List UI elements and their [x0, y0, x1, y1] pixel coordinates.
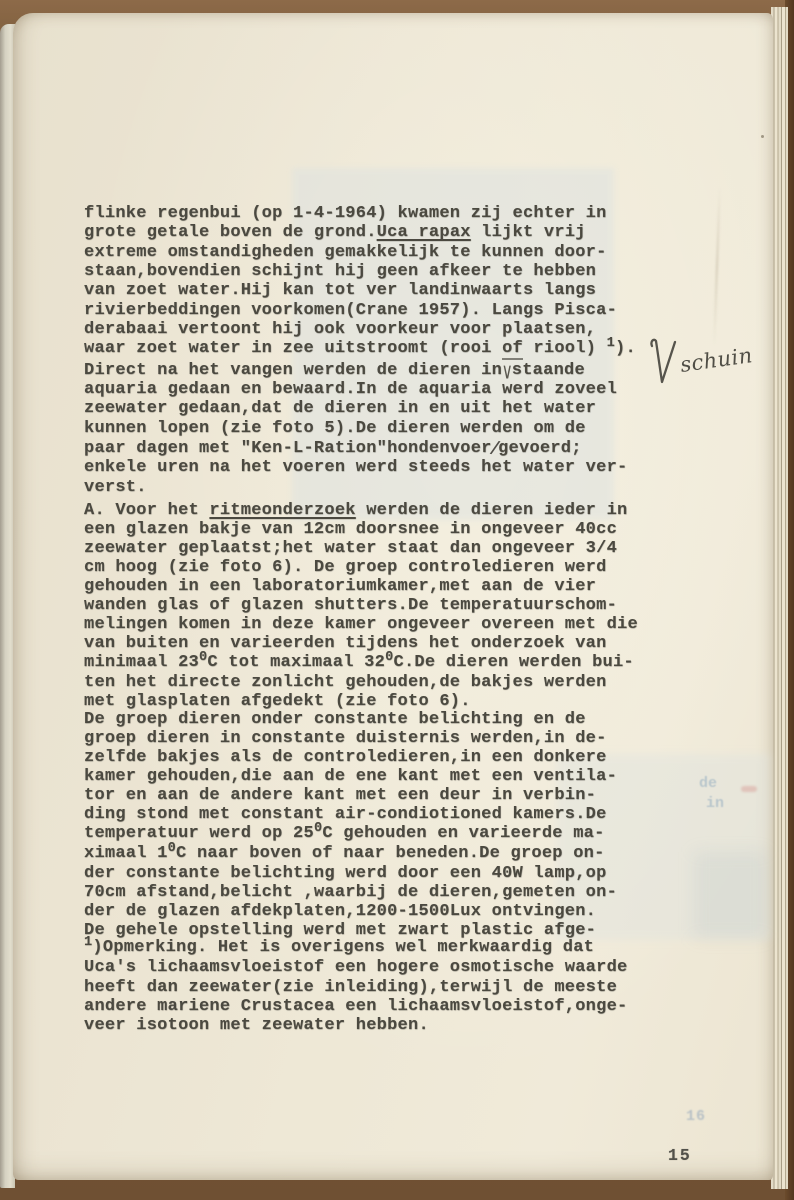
- page-number: 15: [668, 1146, 692, 1165]
- ghost-page-number: 16: [686, 1108, 706, 1125]
- bleedthrough-fragment: in: [706, 795, 724, 812]
- insertion-caret-icon: [645, 336, 679, 390]
- margin-note-text: schuin: [679, 343, 754, 377]
- bleedthrough-smear: [694, 852, 766, 938]
- typed-paragraph-method-a: A. Voor het ritmeonderzoek werden de die…: [84, 502, 638, 941]
- paper-speck: [761, 135, 764, 138]
- typed-footnote: 1)Opmerking. Het is overigens wel merkwa…: [84, 938, 628, 1035]
- handwritten-margin-note: schuin: [645, 336, 753, 390]
- bleedthrough-mark: [741, 786, 757, 792]
- typed-paragraph-intro: flinke regenbui (op 1-4-1964) kwamen zij…: [84, 204, 636, 497]
- page-stack-edges: [771, 7, 788, 1189]
- bleedthrough-fragment: de: [699, 775, 717, 792]
